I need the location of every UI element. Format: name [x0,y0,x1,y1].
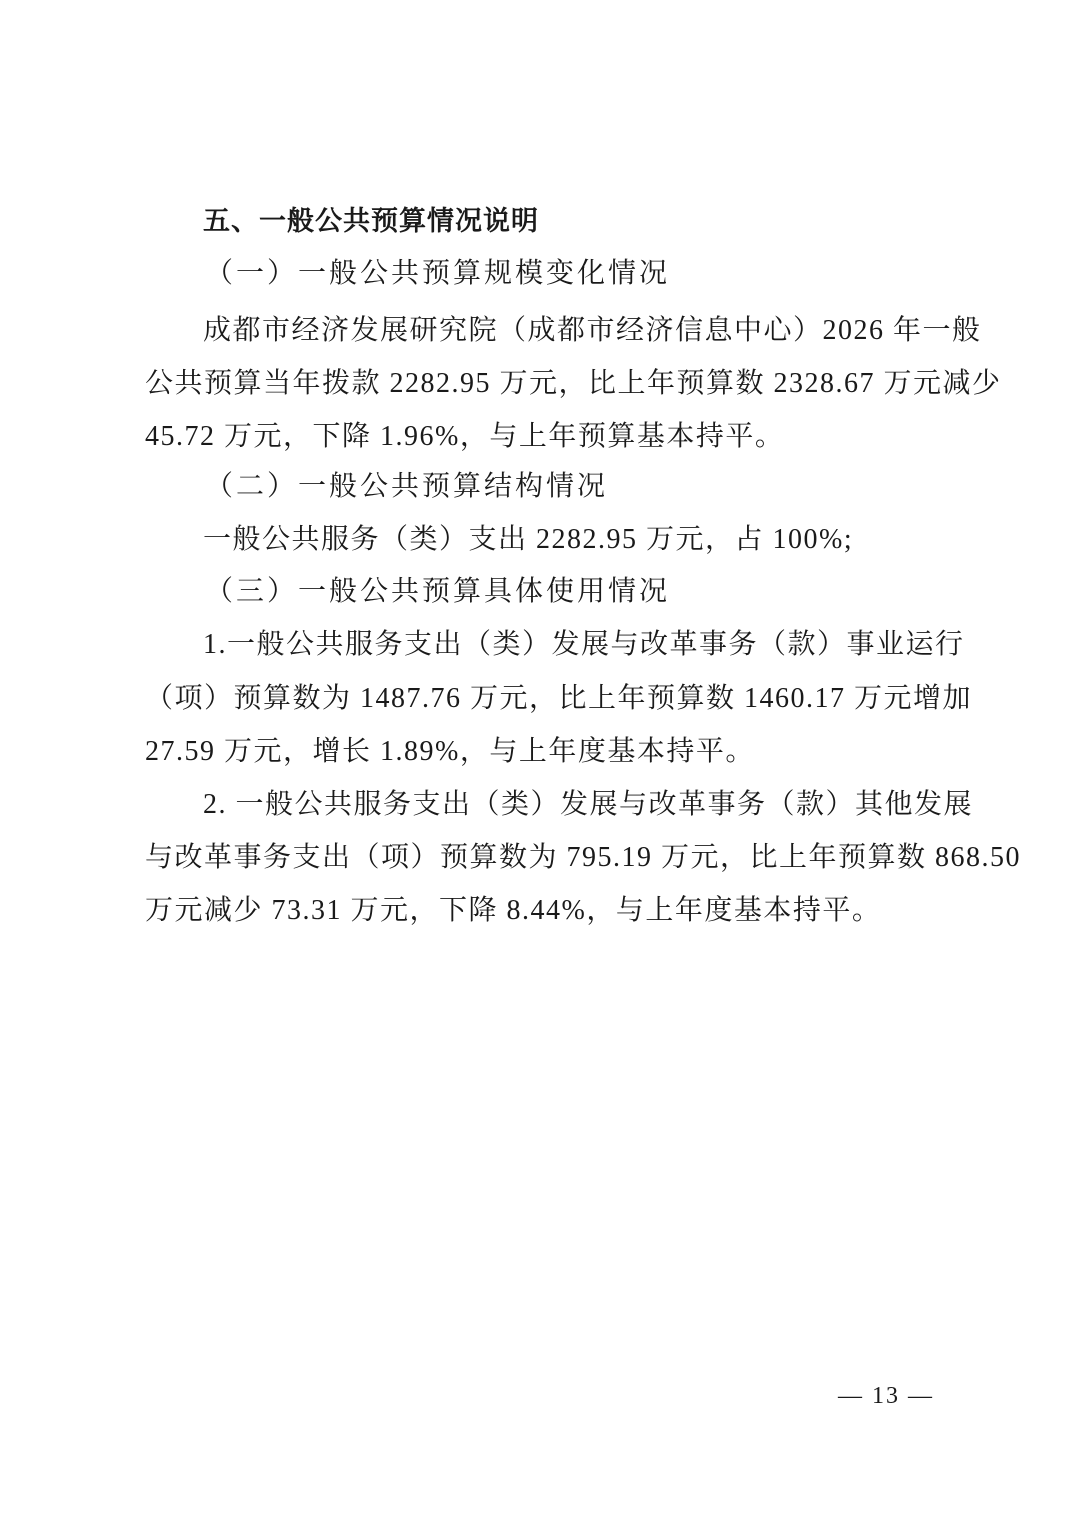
subsection-title-structure: （二）一般公共预算结构情况 [205,469,1007,505]
paragraph-line: 公共预算当年拨款 2282.95 万元，比上年预算数 2328.67 万元减少 [145,366,947,402]
subsection-title-scale: （一）一般公共预算规模变化情况 [205,256,1007,292]
paragraph-line: 一般公共服务（类）支出 2282.95 万元，占 100%; [203,522,947,558]
paragraph-line: 2. 一般公共服务支出（类）发展与改革事务（款）其他发展 [203,787,947,823]
paragraph-line: 万元减少 73.31 万元，下降 8.44%，与上年度基本持平。 [145,893,947,929]
paragraph-line: （项）预算数为 1487.76 万元，比上年预算数 1460.17 万元增加 [145,681,947,717]
page-number: — 13 — [838,1380,934,1412]
paragraph-line: 27.59 万元，增长 1.89%，与上年度基本持平。 [145,734,947,770]
paragraph-line: 1.一般公共服务支出（类）发展与改革事务（款）事业运行 [203,627,947,663]
subsection-title-usage: （三）一般公共预算具体使用情况 [205,574,1007,610]
document-page: 五、一般公共预算情况说明 （一）一般公共预算规模变化情况 成都市经济发展研究院（… [0,0,1080,1527]
paragraph-line: 成都市经济发展研究院（成都市经济信息中心）2026 年一般 [203,313,947,349]
paragraph-line: 45.72 万元，下降 1.96%，与上年预算基本持平。 [145,419,947,455]
paragraph-line: 与改革事务支出（项）预算数为 795.19 万元，比上年预算数 868.50 [145,840,947,876]
section-title: 五、一般公共预算情况说明 [203,204,947,240]
